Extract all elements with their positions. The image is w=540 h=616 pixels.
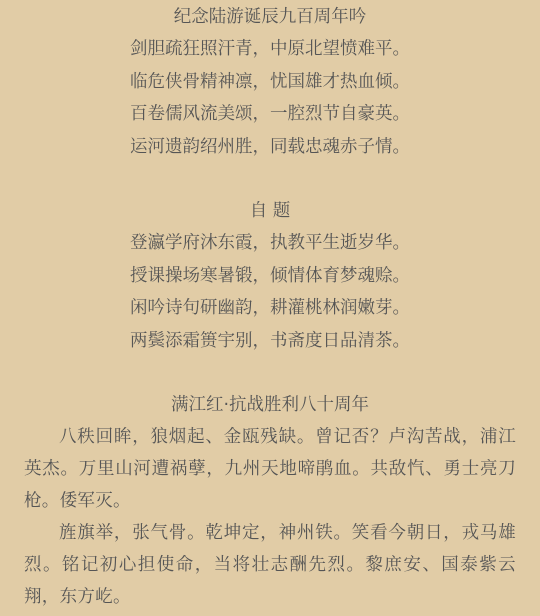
poem-line: 临危侠骨精神凛，忧国雄才热血倾。 — [0, 66, 540, 99]
poem-lu-you: 纪念陆游诞辰九百周年吟 剑胆疏狂照汗青，中原北望愤难平。 临危侠骨精神凛，忧国雄… — [0, 1, 540, 163]
poem-title: 满江红·抗战胜利八十周年 — [0, 389, 540, 421]
ci-body: 八秩回眸，狼烟起、金瓯残缺。曾记否？卢沟苦战，浦江英杰。万里山河遭祸孽，九州天地… — [24, 421, 516, 613]
poem-line: 闲吟诗句研幽韵，耕灌桃林润嫩芽。 — [0, 292, 540, 325]
poem-zi-ti: 自 题 登瀛学府沐东霞，执教平生逝岁华。 授课操场寒暑锻，倾情体育梦魂赊。 闲吟… — [0, 195, 540, 357]
poem-line: 授课操场寒暑锻，倾情体育梦魂赊。 — [0, 260, 540, 293]
poem-line: 登瀛学府沐东霞，执教平生逝岁华。 — [0, 227, 540, 260]
poem-title: 自 题 — [0, 195, 540, 227]
poem-line: 百卷儒风流美颂，一腔烈节自豪英。 — [0, 98, 540, 131]
poem-line: 剑胆疏狂照汗青，中原北望愤难平。 — [0, 33, 540, 66]
ci-paragraph: 八秩回眸，狼烟起、金瓯残缺。曾记否？卢沟苦战，浦江英杰。万里山河遭祸孽，九州天地… — [24, 421, 516, 517]
poem-title: 纪念陆游诞辰九百周年吟 — [0, 1, 540, 33]
poem-line: 两鬓添霜篑宇别，书斋度日品清茶。 — [0, 325, 540, 358]
poem-line: 运河遗韵绍州胜，同载忠魂赤子情。 — [0, 131, 540, 164]
ci-paragraph: 旌旗举，张气骨。乾坤定，神州铁。笑看今朝日，戎马雄烈。铭记初心担使命，当将壮志酬… — [24, 517, 516, 613]
poem-man-jiang-hong: 满江红·抗战胜利八十周年 — [0, 389, 540, 421]
poetry-page: 纪念陆游诞辰九百周年吟 剑胆疏狂照汗青，中原北望愤难平。 临危侠骨精神凛，忧国雄… — [0, 0, 540, 616]
